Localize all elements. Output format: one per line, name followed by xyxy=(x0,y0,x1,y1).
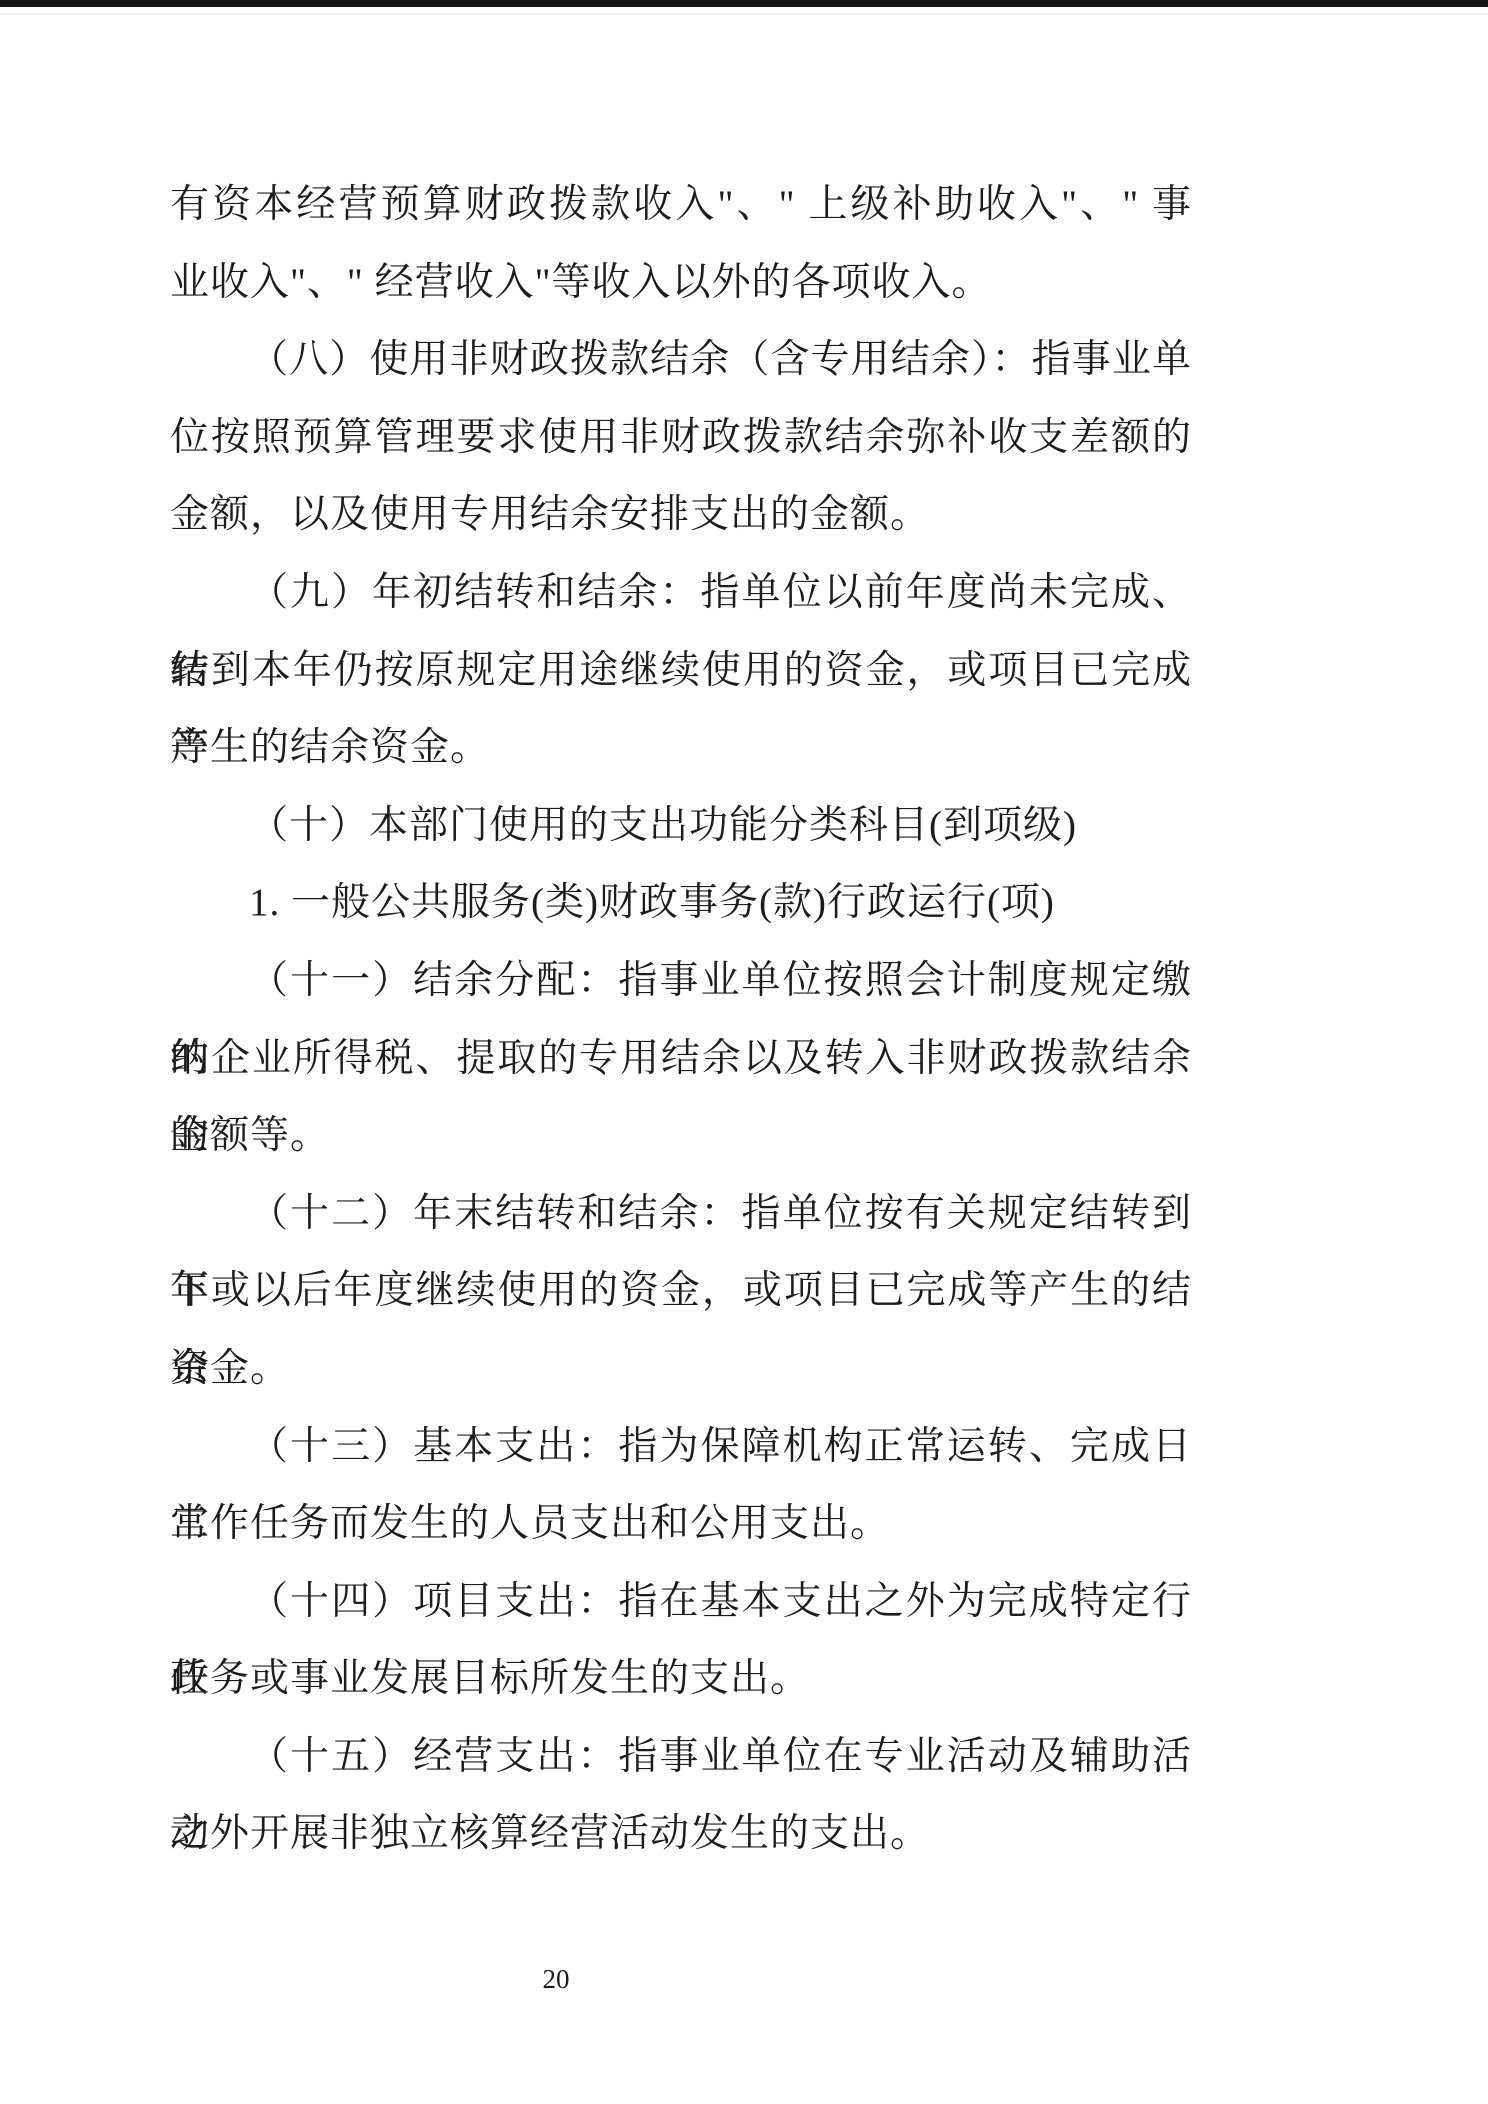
body-line: 工作任务而发生的人员支出和公用支出。 xyxy=(170,1485,1192,1563)
body-line: （十五）经营支出：指事业单位在专业活动及辅助活动 xyxy=(170,1718,1192,1796)
body-line: （十三）基本支出：指为保障机构正常运转、完成日常 xyxy=(170,1408,1192,1486)
body-line: （九）年初结转和结余：指单位以前年度尚未完成、结 xyxy=(170,554,1192,632)
document-body: 有资本经营预算财政拨款收入"、" 上级补助收入"、" 事 业收入"、" 经营收入… xyxy=(170,166,1192,1873)
body-line: 1. 一般公共服务(类)财政事务(款)行政运行(项) xyxy=(170,864,1192,942)
body-line: 金额，以及使用专用结余安排支出的金额。 xyxy=(170,476,1192,554)
body-line: 产生的结余资金。 xyxy=(170,709,1192,787)
body-line: 年或以后年度继续使用的资金，或项目已完成等产生的结余 xyxy=(170,1252,1192,1330)
body-line: 的企业所得税、提取的专用结余以及转入非财政拨款结余的 xyxy=(170,1020,1192,1098)
page-number: 20 xyxy=(0,1962,1112,1996)
body-line: 金额等。 xyxy=(170,1097,1192,1175)
body-line: （十）本部门使用的支出功能分类科目(到项级) xyxy=(170,787,1192,865)
body-line: 业收入"、" 经营收入"等收入以外的各项收入。 xyxy=(170,244,1192,322)
body-line: （八）使用非财政拨款结余（含专用结余）：指事业单 xyxy=(170,321,1192,399)
body-line: 有资本经营预算财政拨款收入"、" 上级补助收入"、" 事 xyxy=(170,166,1192,244)
body-line: 之外开展非独立核算经营活动发生的支出。 xyxy=(170,1795,1192,1873)
scan-edge-bar xyxy=(0,0,1488,7)
body-line: （十一）结余分配：指事业单位按照会计制度规定缴纳 xyxy=(170,942,1192,1020)
body-line: 转到本年仍按原规定用途继续使用的资金，或项目已完成等 xyxy=(170,632,1192,710)
body-line: （十二）年末结转和结余：指单位按有关规定结转到下 xyxy=(170,1175,1192,1253)
document-page: 有资本经营预算财政拨款收入"、" 上级补助收入"、" 事 业收入"、" 经营收入… xyxy=(0,0,1488,2104)
scan-hairline xyxy=(0,13,1488,15)
body-line: 任务或事业发展目标所发生的支出。 xyxy=(170,1640,1192,1718)
body-line: 资金。 xyxy=(170,1330,1192,1408)
body-line: 位按照预算管理要求使用非财政拨款结余弥补收支差额的 xyxy=(170,399,1192,477)
body-line: （十四）项目支出：指在基本支出之外为完成特定行政 xyxy=(170,1563,1192,1641)
